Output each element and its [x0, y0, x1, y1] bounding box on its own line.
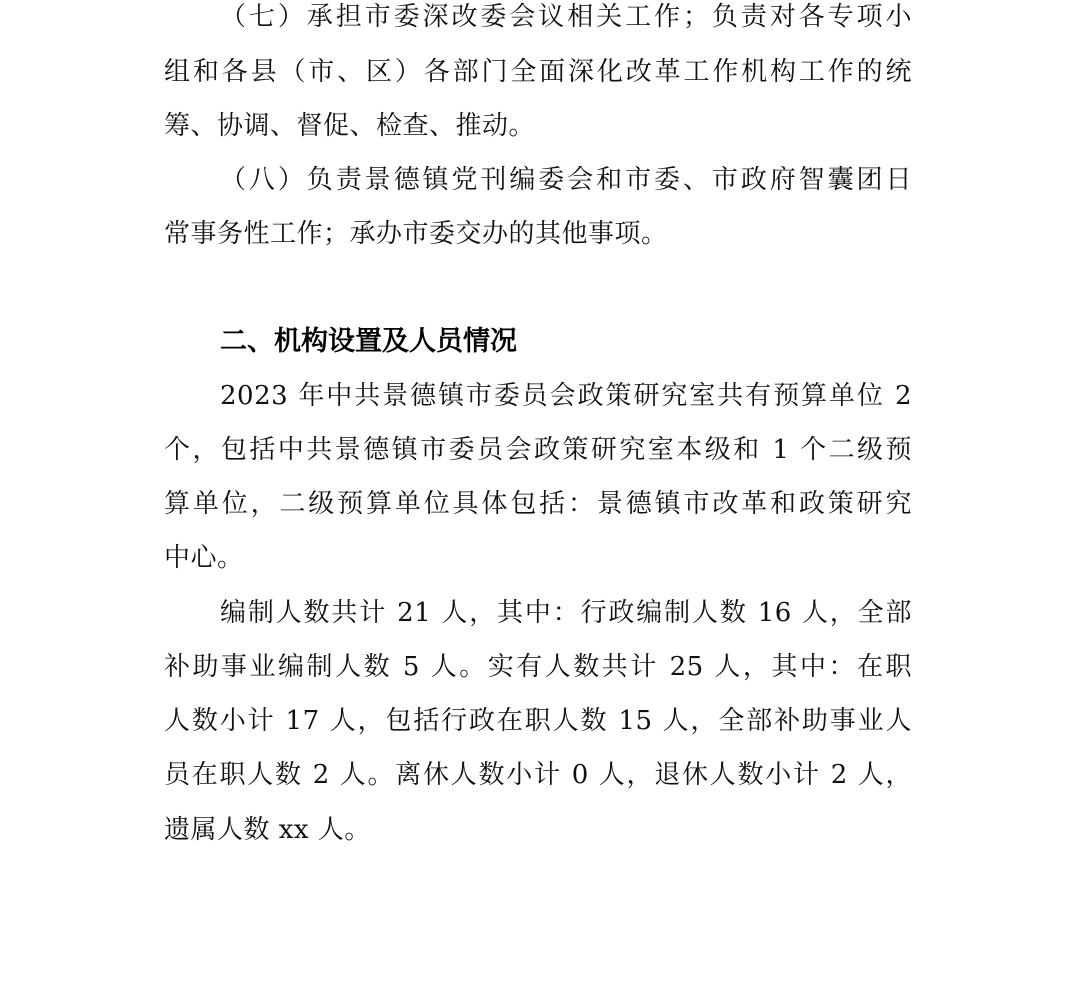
paragraph-item-7-line-2: 组和各县（市、区）各部门全面深化改革工作机构工作的统 [164, 57, 912, 87]
paragraph-budget-units-line-1: 2023 年中共景德镇市委员会政策研究室共有预算单位 2 [220, 381, 912, 411]
paragraph-item-7-line-1: （七）承担市委深改委会议相关工作；负责对各专项小 [220, 2, 912, 32]
paragraph-budget-units-line-4: 中心。 [164, 543, 912, 573]
paragraph-staffing-line-2: 补助事业编制人数 5 人。实有人数共计 25 人，其中：在职 [164, 652, 912, 682]
paragraph-item-8-line-1: （八）负责景德镇党刊编委会和市委、市政府智囊团日 [220, 165, 912, 195]
paragraph-item-8-line-2: 常事务性工作；承办市委交办的其他事项。 [164, 219, 912, 249]
paragraph-staffing-line-3: 人数小计 17 人，包括行政在职人数 15 人，全部补助事业人 [164, 706, 912, 736]
paragraph-item-7-line-3: 筹、协调、督促、检查、推动。 [164, 111, 912, 141]
document-page: （七）承担市委深改委会议相关工作；负责对各专项小 组和各县（市、区）各部门全面深… [0, 0, 1074, 984]
paragraph-staffing-line-1: 编制人数共计 21 人，其中：行政编制人数 16 人，全部 [220, 598, 912, 628]
paragraph-staffing-line-4: 员在职人数 2 人。离休人数小计 0 人，退休人数小计 2 人， [164, 760, 912, 790]
paragraph-budget-units-line-2: 个，包括中共景德镇市委员会政策研究室本级和 1 个二级预 [164, 435, 912, 465]
paragraph-budget-units-line-3: 算单位，二级预算单位具体包括：景德镇市改革和政策研究 [164, 489, 912, 519]
paragraph-staffing-line-5: 遗属人数 xx 人。 [164, 815, 912, 845]
section-heading: 二、机构设置及人员情况 [220, 326, 517, 358]
